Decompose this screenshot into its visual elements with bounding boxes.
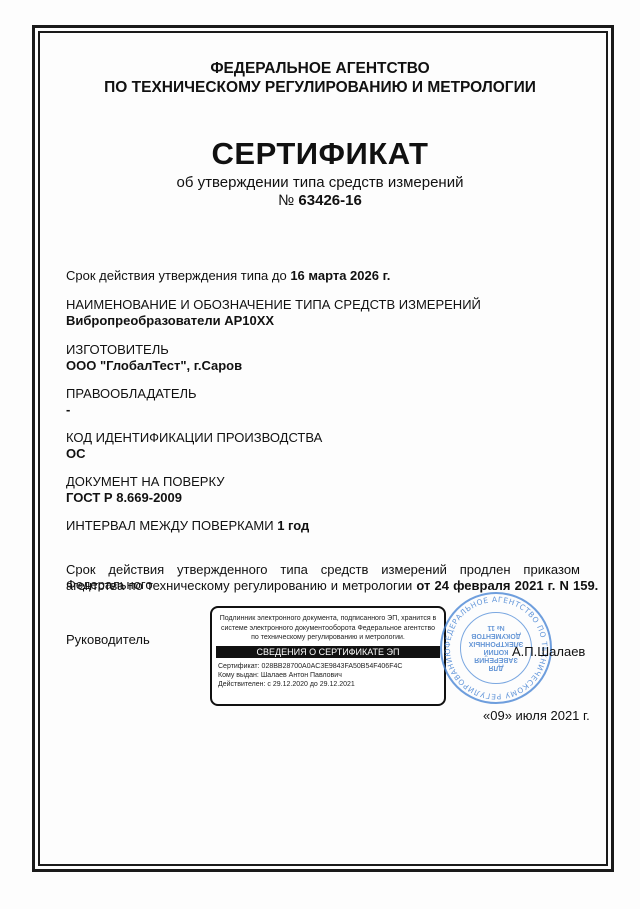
esign-cert-value: 028BB28700A0AC3E9843FA50B54F406F4C xyxy=(262,663,403,670)
esign-issued-row: Кому выдан: Шалаев Антон Павлович xyxy=(212,671,444,680)
esign-cert-label: Сертификат: xyxy=(218,663,260,670)
field-manufacturer-value: ООО "ГлобалТест", г.Саров xyxy=(66,358,242,373)
agency-name-line1: ФЕДЕРАЛЬНОЕ АГЕНТСТВО xyxy=(0,60,640,78)
validity-value: 16 марта 2026 г. xyxy=(290,268,390,283)
field-production-code-value: ОС xyxy=(66,446,86,461)
field-type-label: НАИМЕНОВАНИЕ И ОБОЗНАЧЕНИЕ ТИПА СРЕДСТВ … xyxy=(66,297,481,312)
esign-note: Подлинник электронного документа, подпис… xyxy=(212,614,444,643)
validity-label: Срок действия утверждения типа до xyxy=(66,268,287,283)
extension-line2: агентства по техническому регулированию … xyxy=(66,578,598,593)
interval-label: ИНТЕРВАЛ МЕЖДУ ПОВЕРКАМИ xyxy=(66,518,274,533)
signatory-name: А.П.Шалаев xyxy=(512,644,585,659)
electronic-signature-box: Подлинник электронного документа, подпис… xyxy=(210,606,446,706)
esign-valid-label: Действителен: xyxy=(218,681,265,688)
number-sign: № xyxy=(278,192,294,209)
esign-issued-label: Кому выдан: xyxy=(218,672,259,679)
field-type-value: Вибропреобразователи АР10ХХ xyxy=(66,313,274,328)
interval-line: ИНТЕРВАЛ МЕЖДУ ПОВЕРКАМИ 1 год xyxy=(66,518,309,533)
esign-valid-value: с 29.12.2020 до 29.12.2021 xyxy=(267,681,354,688)
field-rightholder-value: - xyxy=(66,402,70,417)
extension-order: от 24 февраля 2021 г. N 159. xyxy=(416,578,598,593)
field-rightholder-label: ПРАВООБЛАДАТЕЛЬ xyxy=(66,386,197,401)
extension-line2-text: агентства по техническому регулированию … xyxy=(66,578,412,593)
stamp-text-1: ДЛЯ xyxy=(461,663,531,671)
certificate-subtitle: об утверждении типа средств измерений xyxy=(0,174,640,191)
esign-bar-title: СВЕДЕНИЯ О СЕРТИФИКАТЕ ЭП xyxy=(216,646,440,658)
validity-line: Срок действия утверждения типа до 16 мар… xyxy=(66,268,390,283)
signatory-role: Руководитель xyxy=(66,632,150,647)
certificate-title: СЕРТИФИКАТ xyxy=(0,136,640,172)
agency-name-line2: ПО ТЕХНИЧЕСКОМУ РЕГУЛИРОВАНИЮ И МЕТРОЛОГ… xyxy=(0,79,640,97)
esign-issued-value: Шалаев Антон Павлович xyxy=(261,672,342,679)
signature-date: «09» июля 2021 г. xyxy=(483,708,590,723)
field-manufacturer-label: ИЗГОТОВИТЕЛЬ xyxy=(66,342,169,357)
esign-cert-row: Сертификат: 028BB28700A0AC3E9843FA50B54F… xyxy=(212,662,444,671)
field-verification-doc-label: ДОКУМЕНТ НА ПОВЕРКУ xyxy=(66,474,224,489)
certificate-number: № 63426-16 xyxy=(0,192,640,209)
field-production-code-label: КОД ИДЕНТИФИКАЦИИ ПРОИЗВОДСТВА xyxy=(66,430,322,445)
field-verification-doc-value: ГОСТ Р 8.669-2009 xyxy=(66,490,182,505)
stamp-text-6: № 11 xyxy=(461,623,531,631)
interval-value: 1 год xyxy=(277,518,309,533)
certificate-number-value: 63426-16 xyxy=(298,192,361,209)
esign-valid-row: Действителен: с 29.12.2020 до 29.12.2021 xyxy=(212,680,444,689)
stamp-text-5: ДОКУМЕНТОВ xyxy=(461,631,531,639)
